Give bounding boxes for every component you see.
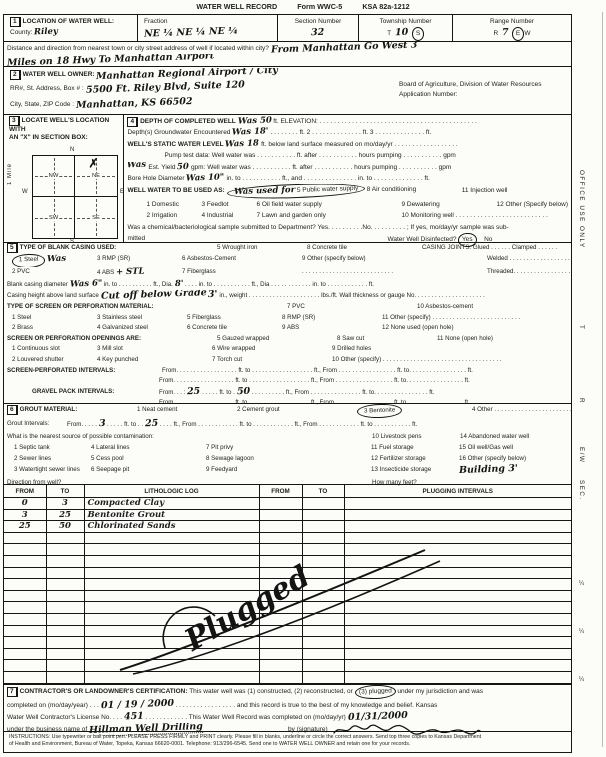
- log-cell-to: [46, 671, 84, 683]
- log-cell-to: [46, 567, 84, 579]
- log-cell-desc: Compacted Clay: [84, 498, 259, 510]
- log-cell-pint: [344, 648, 571, 660]
- section4-well-details: 4DEPTH OF COMPLETED WELL Was 50 ft. ELEV…: [124, 115, 571, 242]
- log-cell-desc: [84, 602, 259, 614]
- use-option-1: 1 Domestic: [146, 199, 201, 210]
- casing-opt-4: 4 ABS: [97, 269, 114, 276]
- grout-opt-3-bentonite-circled: 3 Bentonite: [357, 404, 403, 418]
- log-cell-desc: [84, 579, 259, 591]
- cert-line2: completed on (mo/day/year) . . . 01 / 19…: [4, 699, 571, 711]
- use-row2: 1 Domestic3 Feedlot6 Oil field water sup…: [124, 199, 571, 210]
- contam-opt-12: 12 Fertilizer storage: [371, 453, 459, 464]
- log-cell-desc: [84, 613, 259, 625]
- cert-license-label: Water Well Contractor's License No. . . …: [7, 714, 124, 721]
- grout-opt-4: 4 Other . . . . . . . . . . . . . . . . …: [472, 406, 571, 413]
- log-cell-pto: [302, 579, 344, 591]
- distance-line: Distance and direction from nearest town…: [4, 42, 571, 54]
- contam-opt-10: 10 Livestock pens: [372, 431, 460, 442]
- log-cell-to: [46, 625, 84, 637]
- log-cell-from: 0: [4, 498, 46, 510]
- section2-number: 2: [10, 70, 21, 80]
- log-cell-from: [4, 648, 46, 660]
- quadrant-nw: NW: [33, 156, 75, 197]
- application-number-label: Application Number:: [396, 89, 568, 100]
- cert-record-date-handwritten: 01/31/2000: [347, 711, 407, 723]
- log-cell-desc: [84, 637, 259, 649]
- casing-title-line: 5TYPE OF BLANK CASING USED:5 Wrought iro…: [4, 243, 571, 254]
- range-cell: Range Number R 7 EW: [452, 15, 571, 41]
- log-cell-pto: [302, 602, 344, 614]
- cert-business-label: under the business name of: [7, 726, 89, 733]
- log-cell-from: [4, 532, 46, 544]
- fraction-value-handwritten: NE ¼ NE ¼ NE ¼: [144, 27, 238, 39]
- grout-title-line: 6GROUT MATERIAL:1 Neat cement2 Cement gr…: [4, 404, 571, 418]
- use-option-3: 3 Feedlot: [201, 199, 256, 210]
- log-cell-desc: [84, 544, 259, 556]
- log-row: [4, 590, 571, 602]
- water-well-record-scan: WATER WELL RECORD Form WWC-5 KSA 82a-121…: [0, 0, 606, 757]
- casing-opt-3: 3 RMP (SR): [97, 254, 182, 265]
- gravel-tail: . . . . . . . . . . ft., From . . . . . …: [250, 389, 435, 396]
- compass-north: N: [70, 147, 74, 153]
- openings-opt-11: 11 None (open hole): [437, 335, 493, 342]
- log-cell-pfrom: [259, 660, 302, 672]
- log-row: [4, 648, 571, 660]
- log-cell-pint: [344, 509, 571, 521]
- log-cell-pfrom: [259, 544, 302, 556]
- pump-test-label: Pump test data: Well water was . . . . .…: [164, 152, 455, 159]
- groundwater-handwritten: Was 18': [232, 127, 269, 138]
- quadrant-se: SE: [75, 197, 117, 238]
- openings-opt-4: 4 Key punched: [97, 355, 212, 366]
- casing-height-line: Casing height above land surface Cut off…: [4, 290, 571, 302]
- use-option-5: 5 Public water supply: [296, 185, 358, 194]
- cert-line3-mid: . . . . . . . . . . . . This Water Well …: [144, 714, 348, 721]
- log-cell-from: [4, 555, 46, 567]
- yield-value-handwritten: 50: [177, 162, 189, 173]
- margin-township-label: T: [578, 325, 585, 330]
- screen-opt-6: 6 Concrete tile: [187, 323, 282, 334]
- screen-opt-7: 7 PVC: [287, 302, 417, 313]
- log-cell-pint: [344, 579, 571, 591]
- contam-opt-7: 7 Pit privy: [206, 442, 371, 453]
- log-cell-pint: [344, 590, 571, 602]
- log-cell-pto: [302, 498, 344, 510]
- log-row: [4, 613, 571, 625]
- grout-intervals-line: Grout Intervals:From. . . . . 3 . . . . …: [4, 418, 571, 430]
- fraction-cell: Fraction NE ¼ NE ¼ NE ¼: [137, 15, 277, 41]
- openings-title-line: SCREEN OR PERFORATION OPENINGS ARE:5 Gau…: [4, 334, 571, 345]
- owner-value-handwritten: Manhattan Regional Airport / City: [96, 68, 278, 80]
- contamination-title: What is the nearest source of possible c…: [7, 431, 372, 442]
- log-cell-pto: [302, 532, 344, 544]
- grout-from-handwritten: 3: [98, 418, 105, 429]
- log-cell-from: [4, 671, 46, 683]
- log-cell-pint: [344, 613, 571, 625]
- use-option-2: 2 Irrigation: [146, 210, 201, 221]
- use-option-7: 7 Lawn and garden only: [256, 210, 401, 221]
- direction-from-well-label: Direction from well?: [7, 477, 372, 488]
- margin-eastwest-label: E/W: [578, 447, 585, 463]
- cert-completed-label: completed on (mo/day/year) . . .: [7, 702, 101, 709]
- county-line: County: Riley: [7, 27, 134, 38]
- yield-label: Est. Yield: [148, 164, 175, 171]
- log-row: [4, 544, 571, 556]
- sample-question: Was a chemical/bacteriological sample su…: [127, 224, 508, 231]
- cert-line1: 7CONTRACTOR'S OR LANDOWNER'S CERTIFICATI…: [4, 685, 571, 699]
- owner-left-block: 2WATER WELL OWNER: Manhattan Regional Ai…: [4, 67, 393, 114]
- casing-row1: 1 Steel Was3 RMP (SR)6 Asbestos-Cement9 …: [4, 254, 571, 268]
- county-cell: 1LOCATION OF WATER WELL: County: Riley: [4, 15, 137, 41]
- log-cell-to: [46, 613, 84, 625]
- section-quarter-box: NW NE SW SE: [32, 155, 118, 239]
- log-row: [4, 532, 571, 544]
- grout-tail: . . . . ft., From . . . . . . . . . . . …: [158, 421, 417, 428]
- log-cell-pfrom: [259, 509, 302, 521]
- log-cell-to: [46, 590, 84, 602]
- height-tail: in., weight . . . . . . . . . . . . . . …: [218, 292, 485, 299]
- gravel-mid: . . . . . ft. to .: [200, 389, 236, 396]
- openings-opt-3: 3 Mill slot: [97, 344, 212, 355]
- openings-opt-8: 8 Saw cut: [337, 334, 437, 345]
- log-cell-from: [4, 660, 46, 672]
- log-cell-to: [46, 660, 84, 672]
- log-cell-desc: Chlorinated Sands: [84, 521, 259, 533]
- compass-east: E: [120, 189, 124, 195]
- margin-range-label: R: [578, 398, 585, 404]
- casing-opt-1-steel-circled: 1 Steel: [12, 254, 46, 268]
- height-label: Casing height above land surface: [7, 292, 99, 299]
- gravel-line1: GRAVEL PACK INTERVALS:From. . . : 25 . .…: [4, 387, 571, 399]
- address-value-handwritten: 5500 Ft. Riley Blvd, Suite 120: [85, 80, 244, 96]
- section-number-cell: Section Number 32: [277, 15, 358, 41]
- log-cell-desc: [84, 567, 259, 579]
- county-value-handwritten: Riley: [34, 27, 58, 38]
- static-level-handwritten: Was 18: [225, 139, 259, 150]
- casing-opt-8: 8 Concrete tile: [307, 243, 422, 254]
- cert-license-number-handwritten: 451: [124, 711, 144, 723]
- section5-casing: 5TYPE OF BLANK CASING USED:5 Wrought iro…: [4, 243, 571, 404]
- log-cell-from: [4, 590, 46, 602]
- use-label: WELL WATER TO BE USED AS:: [127, 187, 224, 194]
- log-row: [4, 567, 571, 579]
- static-level-label: WELL'S STATIC WATER LEVEL: [127, 141, 223, 148]
- log-cell-to: 3: [46, 498, 84, 510]
- scan-page-edge: [602, 12, 603, 747]
- grout-mid: . . . . . ft. to . .: [105, 421, 145, 428]
- log-cell-pint: [344, 671, 571, 683]
- contam-row2: 2 Sewer lines5 Cess pool8 Sewage lagoon1…: [4, 453, 571, 464]
- contam-other-handwritten: Building 3': [459, 464, 518, 476]
- address-line: RR#, St. Address, Box # : 5500 Ft. Riley…: [7, 80, 390, 96]
- log-row: [4, 602, 571, 614]
- use-option-4: 4 Industrial: [201, 210, 256, 221]
- grout-opt-2: 2 Cement grout: [237, 404, 357, 415]
- screen-row1: 1 Steel3 Stainless steel5 Fiberglass8 RM…: [4, 313, 571, 324]
- section6-number: 6: [7, 405, 18, 415]
- owner-label: WATER WELL OWNER:: [23, 71, 95, 78]
- groundwater-tail: . . . . . . . . ft. 2 . . . . . . . . . …: [269, 129, 432, 136]
- log-cell-pint: [344, 555, 571, 567]
- quadrant-sw-label: SW: [48, 215, 59, 221]
- screen-title: TYPE OF SCREEN OR PERFORATION MATERIAL:: [7, 303, 154, 310]
- cert-line1-tail: under my jurisdiction and was: [396, 688, 483, 695]
- distance-handwritten-bottom: Miles on 18 Hwy To Manhattan Airport: [7, 54, 215, 66]
- casing-stl-handwritten: + STL: [116, 267, 145, 278]
- log-cell-pfrom: [259, 637, 302, 649]
- log-cell-pto: [302, 555, 344, 567]
- section1-title-line: 1LOCATION OF WATER WELL:: [7, 16, 134, 27]
- grout-intervals-label: Grout Intervals:: [7, 418, 67, 429]
- log-cell-to: [46, 602, 84, 614]
- compass-south: S: [70, 239, 74, 245]
- log-cell-desc: Bentonite Grout: [84, 509, 259, 521]
- contam-opt-4: 4 Lateral lines: [91, 442, 206, 453]
- county-label: County:: [10, 29, 32, 36]
- screen-opt-3: 3 Stainless steel: [97, 313, 187, 324]
- range-west: W: [524, 30, 530, 37]
- instructions-line2: of Health and Environment, Bureau of Wat…: [9, 741, 566, 749]
- township-cell: Township Number T 10 S: [358, 15, 452, 41]
- log-cell-pto: [302, 509, 344, 521]
- section7-certification: 7CONTRACTOR'S OR LANDOWNER'S CERTIFICATI…: [4, 684, 571, 732]
- office-use-only-label: OFFICE USE ONLY: [578, 170, 585, 249]
- cert-line1-mid: This water well was (1) constructed, (2)…: [188, 688, 355, 695]
- section-number-handwritten: 32: [311, 27, 325, 38]
- log-cell-pfrom: [259, 555, 302, 567]
- log-cell-pto: [302, 625, 344, 637]
- log-cell-pto: [302, 590, 344, 602]
- form-title: WATER WELL RECORD: [196, 2, 277, 11]
- log-cell-desc: [84, 625, 259, 637]
- casing-title: TYPE OF BLANK CASING USED:: [20, 244, 117, 251]
- log-cell-pfrom: [259, 625, 302, 637]
- range-prefix: R: [493, 30, 498, 37]
- depth-label: DEPTH OF COMPLETED WELL: [140, 118, 236, 125]
- range-handwritten: 7: [502, 27, 509, 38]
- log-row: [4, 555, 571, 567]
- sample-line: Was a chemical/bacteriological sample su…: [124, 222, 571, 233]
- screen-row2: 2 Brass4 Galvanized steel6 Concrete tile…: [4, 323, 571, 334]
- diameter-label: Blank casing diameter: [7, 281, 68, 288]
- openings-row2: 2 Louvered shutter4 Key punched7 Torch c…: [4, 355, 571, 366]
- margin-quarter-3: ¼: [578, 676, 585, 685]
- depth-line: 4DEPTH OF COMPLETED WELL Was 50 ft. ELEV…: [124, 116, 571, 127]
- openings-opt-6: 6 Wire wrapped: [212, 344, 332, 355]
- grout-pre: From. . . . .: [67, 421, 99, 428]
- quadrant-se-label: SE: [91, 215, 101, 221]
- log-row: [4, 579, 571, 591]
- casing-opt-5: 5 Wrought iron: [217, 243, 307, 254]
- bore-hole-tail: in. to . . . . . . . . . . . ft., and . …: [225, 175, 430, 182]
- range-east-circled: E: [512, 27, 525, 41]
- contam-opt-15: 15 Oil well/Gas well: [459, 444, 513, 451]
- log-cell-from: [4, 637, 46, 649]
- contam-opt-13: 13 Insecticide storage: [371, 464, 459, 475]
- contam-opt-11: 11 Fuel storage: [371, 442, 459, 453]
- section6-grout: 6GROUT MATERIAL:1 Neat cement2 Cement gr…: [4, 404, 571, 485]
- spi-blank-1: From. . . . . . . . . . . . . . . . . . …: [162, 367, 473, 374]
- log-cell-pint: [344, 498, 571, 510]
- yield-line: Was Est. Yield 50 gpm: Well water was . …: [124, 162, 571, 173]
- owner-right-block: Board of Agriculture, Division of Water …: [393, 67, 571, 114]
- log-cell-from: 25: [4, 521, 46, 533]
- spi-title: SCREEN-PERFORATED INTERVALS:: [7, 367, 115, 374]
- contam-opt-2: 2 Sewer lines: [14, 453, 91, 464]
- depth-tail: ft. ELEVATION: . . . . . . . . . . . . .…: [271, 118, 476, 125]
- screen-title-line: TYPE OF SCREEN OR PERFORATION MATERIAL:7…: [4, 302, 571, 313]
- log-cell-to: [46, 579, 84, 591]
- section3-title-line2: AN "X" IN SECTION BOX:: [9, 134, 88, 141]
- section3-locate: 3LOCATE WELL'S LOCATION WITH AN "X" IN S…: [4, 115, 124, 242]
- use-option-10: 10 Monitoring well . . . . . . . . . . .…: [401, 212, 547, 219]
- log-cell-pfrom: [259, 613, 302, 625]
- casing-opt-6: 6 Asbestos-Cement: [182, 254, 302, 265]
- city-label: City, State, ZIP Code :: [10, 101, 74, 108]
- disinfected-no: No: [484, 236, 492, 243]
- casing-opt-7: 7 Fiberglass: [182, 267, 302, 278]
- log-cell-pto: [302, 567, 344, 579]
- log-cell-desc: [84, 648, 259, 660]
- section1-distance-row: Distance and direction from nearest town…: [4, 42, 571, 67]
- contam-opt-1: 1 Septic tank: [14, 442, 91, 453]
- log-cell-from: [4, 567, 46, 579]
- cert-signature-label: by (signature): [288, 726, 328, 733]
- gravel-from-handwritten: 25: [187, 387, 201, 398]
- log-cell-from: [4, 613, 46, 625]
- height-handwritten-2: 3': [208, 290, 218, 301]
- margin-section-label: SEC.: [578, 480, 585, 501]
- use-circled-group: Was used for 5 Public water supply: [226, 184, 365, 198]
- form-statute: KSA 82a-1212: [362, 2, 409, 11]
- section3-4-band: 3LOCATE WELL'S LOCATION WITH AN "X" IN S…: [4, 115, 571, 243]
- log-row: 03Compacted Clay: [4, 498, 571, 510]
- log-cell-from: [4, 544, 46, 556]
- log-cell-desc: [84, 532, 259, 544]
- openings-opt-7: 7 Torch cut: [212, 355, 332, 366]
- diameter-tail: . . . . in. to . . . . . . . . . . . ft.…: [183, 281, 374, 288]
- casing-joints-label: CASING JOINTS: Glued . . . . . . Clamped…: [422, 244, 557, 251]
- direction-line: Direction from well?How many feet?: [4, 477, 571, 488]
- distance-handwritten-top: From Manhattan Go West 3: [271, 42, 418, 54]
- section3-number: 3: [9, 116, 20, 126]
- cert-line3: Water Well Contractor's License No. . . …: [4, 711, 571, 723]
- disinfected-label: Water Well Disinfected?: [387, 236, 456, 243]
- yield-was-handwritten: Was: [127, 162, 146, 172]
- log-cell-pfrom: [259, 498, 302, 510]
- bore-hole-line: Bore Hole Diameter Was 10" in. to . . . …: [124, 173, 571, 184]
- spi-line1: SCREEN-PERFORATED INTERVALS:From. . . . …: [4, 366, 571, 377]
- log-cell-pto: [302, 544, 344, 556]
- cert-completed-date-handwritten: 01 / 19 / 2000: [100, 699, 173, 711]
- log-cell-pint: [344, 544, 571, 556]
- openings-opt-10: 10 Other (specify) . . . . . . . . . . .…: [332, 356, 502, 363]
- use-option-9: 9 Dewatering: [401, 199, 496, 210]
- contam-row3: 3 Watertight sewer lines6 Seepage pit9 F…: [4, 464, 571, 476]
- screen-opt-2: 2 Brass: [12, 323, 97, 334]
- casing-threaded: Threaded. . . . . . . . . . . . . . . . …: [487, 268, 570, 275]
- log-cell-to: [46, 648, 84, 660]
- groundwater-label: Depth(s) Groundwater Encountered: [127, 129, 230, 136]
- log-cell-to: [46, 544, 84, 556]
- diameter-mid: in. to . . . . . . . . . . ft., Dia.: [102, 281, 175, 288]
- form-number: Form WWC-5: [297, 2, 342, 11]
- log-cell-pto: [302, 648, 344, 660]
- log-cell-pfrom: [259, 521, 302, 533]
- log-row: [4, 637, 571, 649]
- log-cell-desc: [84, 671, 259, 683]
- casing-diameter-line: Blank casing diameter Was 6" in. to . . …: [4, 279, 571, 291]
- log-cell-pto: [302, 613, 344, 625]
- screen-opt-11: 11 Other (specify) . . . . . . . . . . .…: [382, 314, 520, 321]
- depth-handwritten: Was 50: [237, 116, 271, 127]
- section5-number: 5: [7, 243, 18, 253]
- log-cell-pfrom: [259, 579, 302, 591]
- static-level-tail: ft. below land surface measured on mo/da…: [259, 141, 457, 148]
- log-cell-to: [46, 555, 84, 567]
- instructions-block: INSTRUCTIONS: Use typewriter or ball poi…: [4, 732, 571, 752]
- log-cell-pint: [344, 637, 571, 649]
- lithologic-table-body: 03Compacted Clay325Bentonite Grout2550Ch…: [4, 498, 571, 684]
- log-cell-pfrom: [259, 602, 302, 614]
- grout-to-handwritten: 25: [145, 418, 159, 430]
- casing-row2: 2 PVC4 ABS + STL7 Fiberglass. . . . . . …: [4, 267, 571, 279]
- log-cell-from: [4, 602, 46, 614]
- lithologic-log-table: FROM TO LITHOLOGIC LOG FROM TO PLUGGING …: [4, 485, 571, 684]
- diameter-dia2-handwritten: 8': [174, 279, 183, 290]
- quadrant-sw: SW: [33, 197, 75, 238]
- section3-title-line1: LOCATE WELL'S LOCATION WITH: [9, 117, 109, 133]
- margin-quarter-1: ¼: [578, 580, 585, 589]
- log-cell-pfrom: [259, 567, 302, 579]
- grout-opt-1: 1 Neat cement: [137, 404, 237, 415]
- township-handwritten: 10: [395, 27, 409, 38]
- log-cell-pto: [302, 671, 344, 683]
- address-label: RR#, St. Address, Box # :: [10, 85, 84, 92]
- board-label: Board of Agriculture, Division of Water …: [396, 81, 568, 89]
- openings-title: SCREEN OR PERFORATION OPENINGS ARE:: [7, 335, 141, 342]
- openings-opt-1: 1 Continuous slot: [12, 344, 97, 355]
- log-cell-pto: [302, 521, 344, 533]
- one-mile-label: 1 Mile: [7, 163, 13, 185]
- margin-quarter-2: ¼: [578, 628, 585, 637]
- log-cell-pfrom: [259, 590, 302, 602]
- section-number-label: Section Number: [281, 16, 355, 27]
- log-cell-desc: [84, 590, 259, 602]
- log-cell-pint: [344, 602, 571, 614]
- pump-test-line: Pump test data: Well water was . . . . .…: [124, 150, 571, 161]
- log-row: [4, 660, 571, 672]
- casing-opt-2: 2 PVC: [12, 267, 97, 278]
- section-box-diagram: 1 Mile N S W E NW NE SW SE ✗: [6, 145, 121, 245]
- section4-number: 4: [127, 117, 138, 127]
- log-cell-pto: [302, 660, 344, 672]
- screen-opt-1: 1 Steel: [12, 313, 97, 324]
- log-cell-to: [46, 637, 84, 649]
- log-cell-from: [4, 625, 46, 637]
- contam-opt-3: 3 Watertight sewer lines: [14, 464, 91, 475]
- casing-welded: Welded . . . . . . . . . . . . . . . . .…: [487, 255, 570, 262]
- use-option-6: 6 Oil field water supply: [256, 199, 401, 210]
- yield-tail: gpm: Well water was . . . . . . . . . . …: [189, 164, 451, 171]
- casing-was-handwritten: Was: [47, 254, 66, 265]
- contam-row1: 1 Septic tank4 Lateral lines7 Pit privy1…: [4, 442, 571, 453]
- use-line: WELL WATER TO BE USED AS: Was used for 5…: [124, 184, 571, 198]
- casing-opt-9: 9 Other (specify below): [302, 254, 487, 265]
- section7-number: 7: [7, 687, 18, 697]
- log-cell-pfrom: [259, 648, 302, 660]
- distance-label: Distance and direction from nearest town…: [7, 45, 269, 52]
